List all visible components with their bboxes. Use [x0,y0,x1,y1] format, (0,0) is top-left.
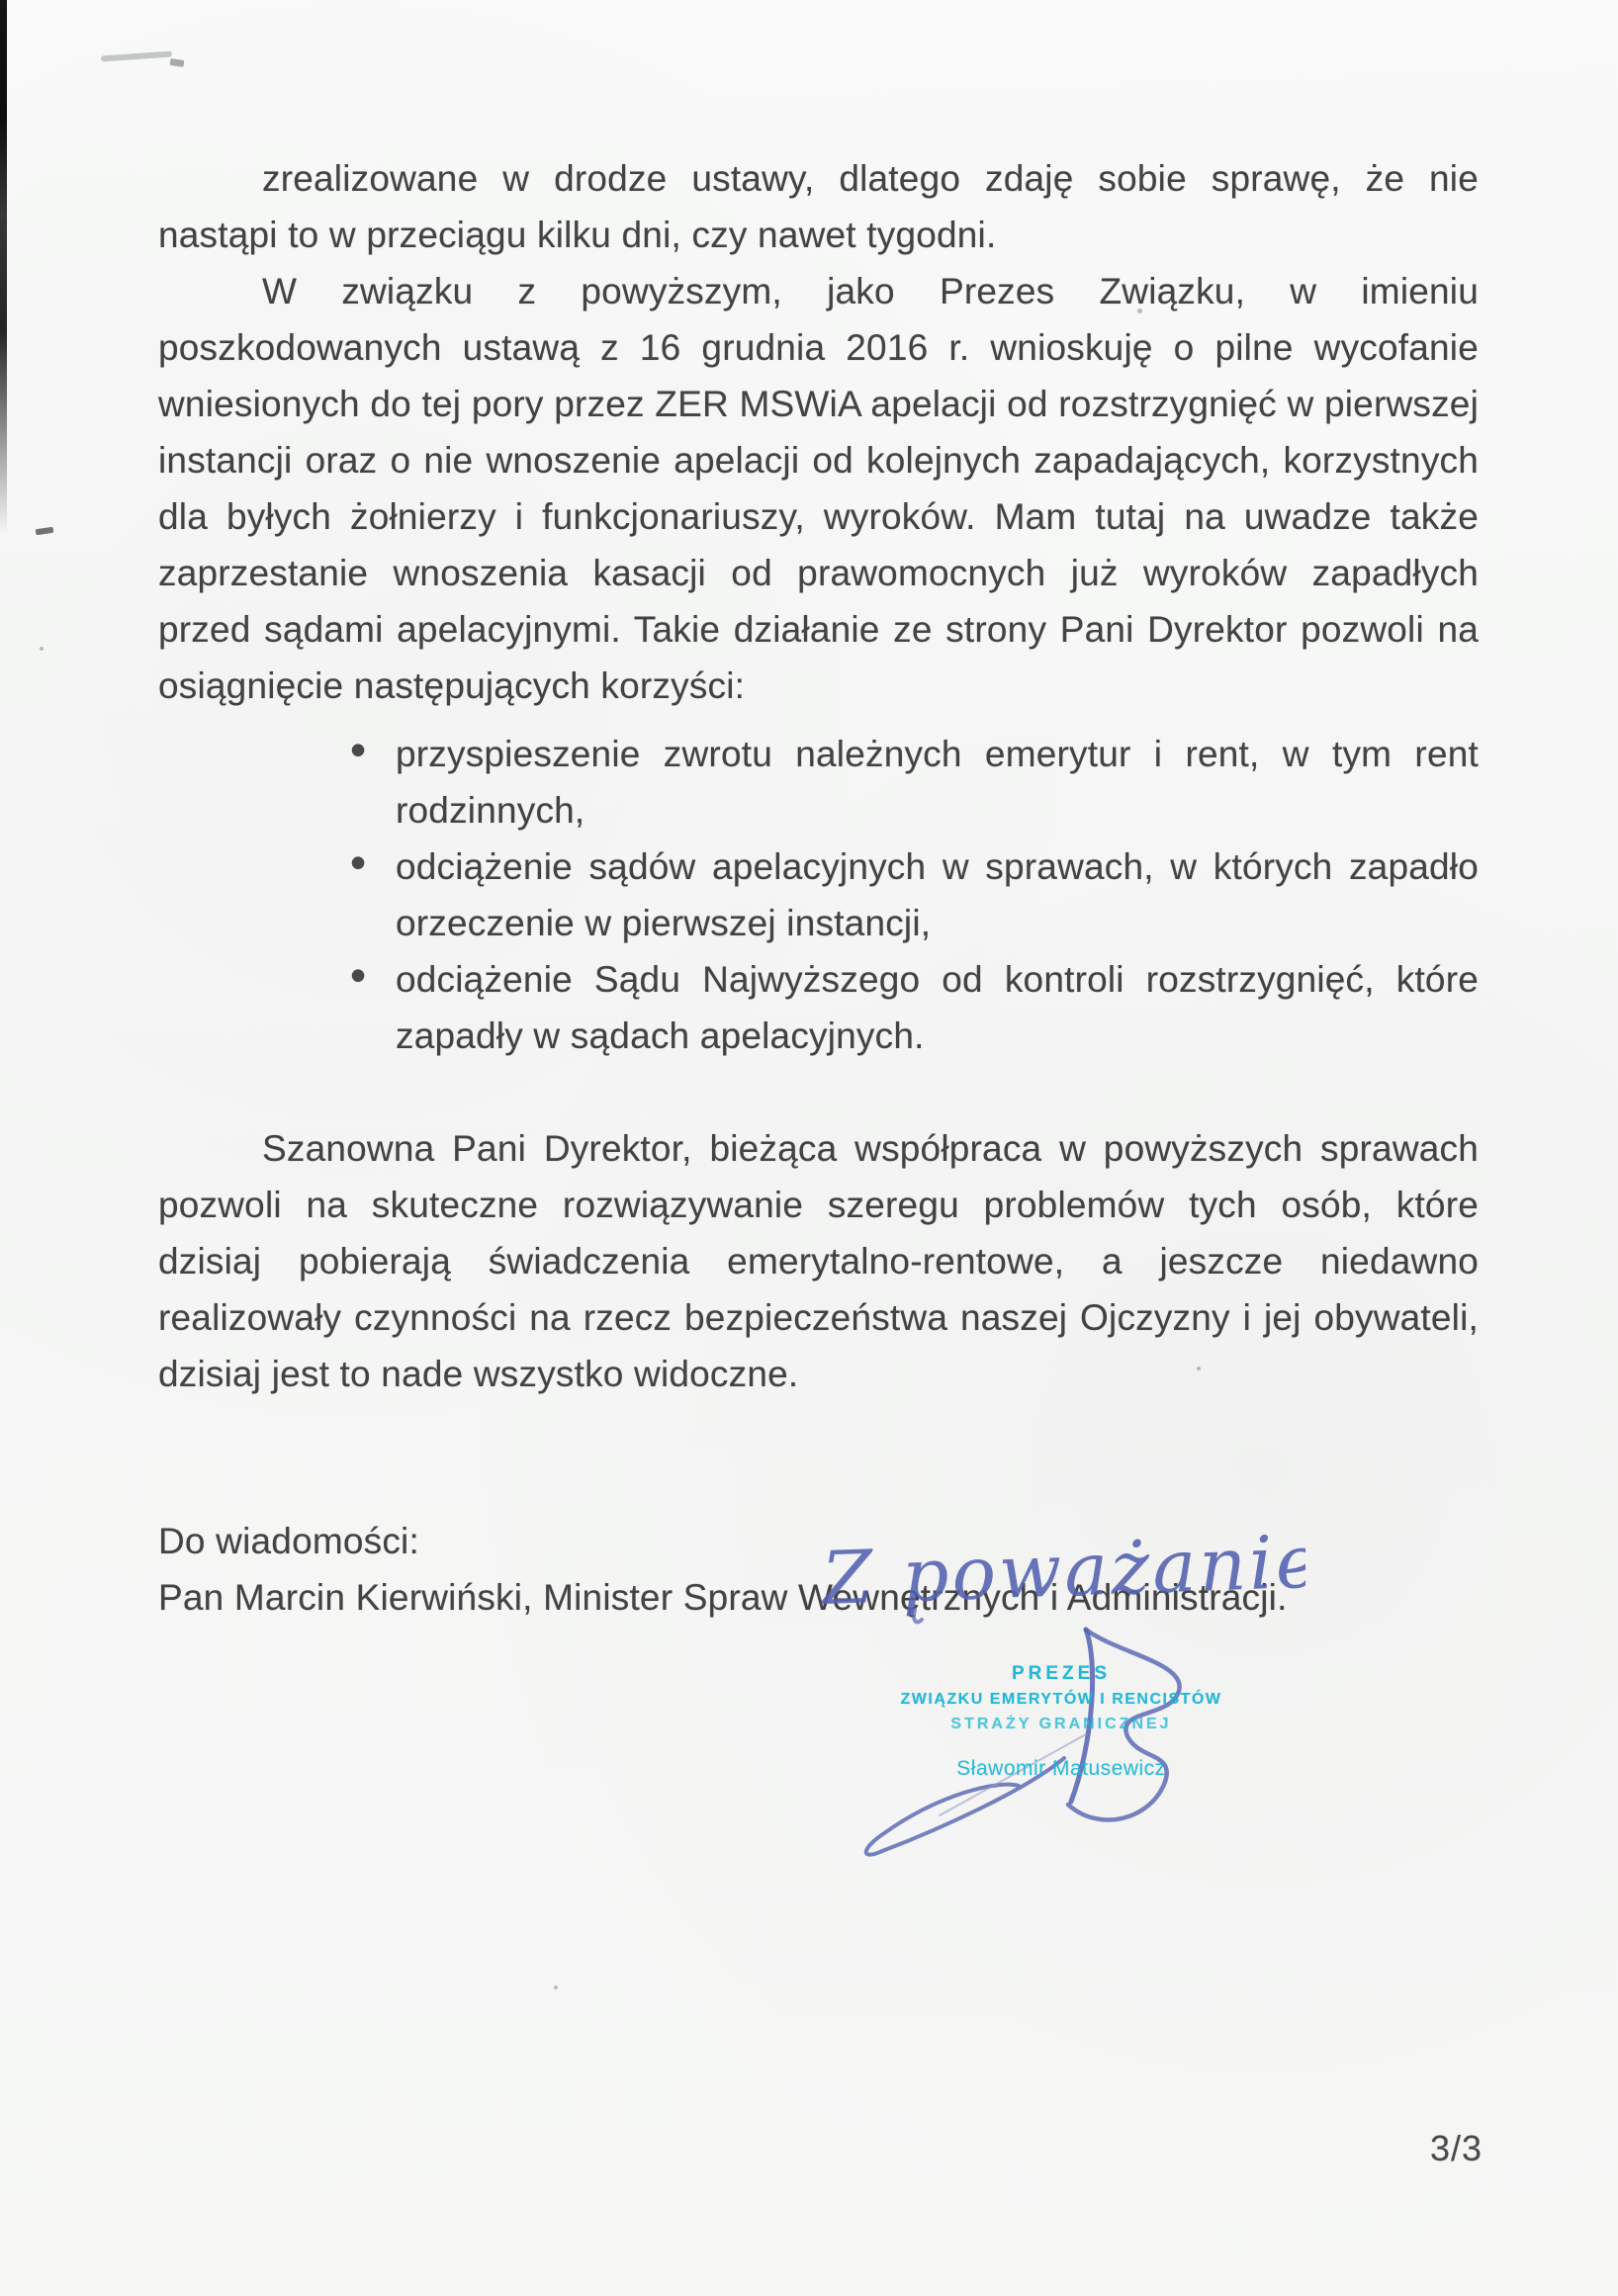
stamp-organization-line2: STRAŻY GRANICZNEJ [863,1713,1259,1736]
page-number: 3/3 [1430,2128,1483,2169]
scanned-letter-page: zrealizowane w drodze ustawy, dlatego zd… [0,0,1618,2296]
scan-edge-artifact [0,0,7,534]
office-stamp: PREZES ZWIĄZKU EMERYTÓW I RENCISTÓW STRA… [863,1661,1259,1781]
scan-smudge-tick-artifact [170,58,185,67]
benefits-list-item: odciążenie sądów apelacyjnych w sprawach… [396,839,1479,951]
scan-speck-artifact [40,647,44,651]
stamp-title: PREZES [863,1661,1259,1687]
letter-body: zrealizowane w drodze ustawy, dlatego zd… [158,150,1479,1626]
letter-paragraph: W związku z powyższym, jako Prezes Związ… [158,263,1479,714]
stamp-signer-name: Sławomir Matusewicz [863,1757,1259,1781]
benefits-list: przyspieszenie zwrotu należnych emerytur… [158,726,1479,1064]
scan-margin-dash-artifact [36,527,54,535]
letter-paragraph: zrealizowane w drodze ustawy, dlatego zd… [158,150,1479,263]
benefits-list-item: przyspieszenie zwrotu należnych emerytur… [396,726,1479,839]
scan-smudge-artifact [101,50,172,61]
benefits-list-item: odciążenie Sądu Najwyższego od kontroli … [396,951,1479,1064]
closing-paragraph: Szanowna Pani Dyrektor, bieżąca współpra… [158,1120,1479,1402]
handwritten-valediction: Z poważaniem [819,1517,1305,1622]
scan-speck-artifact [554,1986,558,1989]
stamp-organization: ZWIĄZKU EMERYTÓW I RENCISTÓW [863,1687,1259,1713]
